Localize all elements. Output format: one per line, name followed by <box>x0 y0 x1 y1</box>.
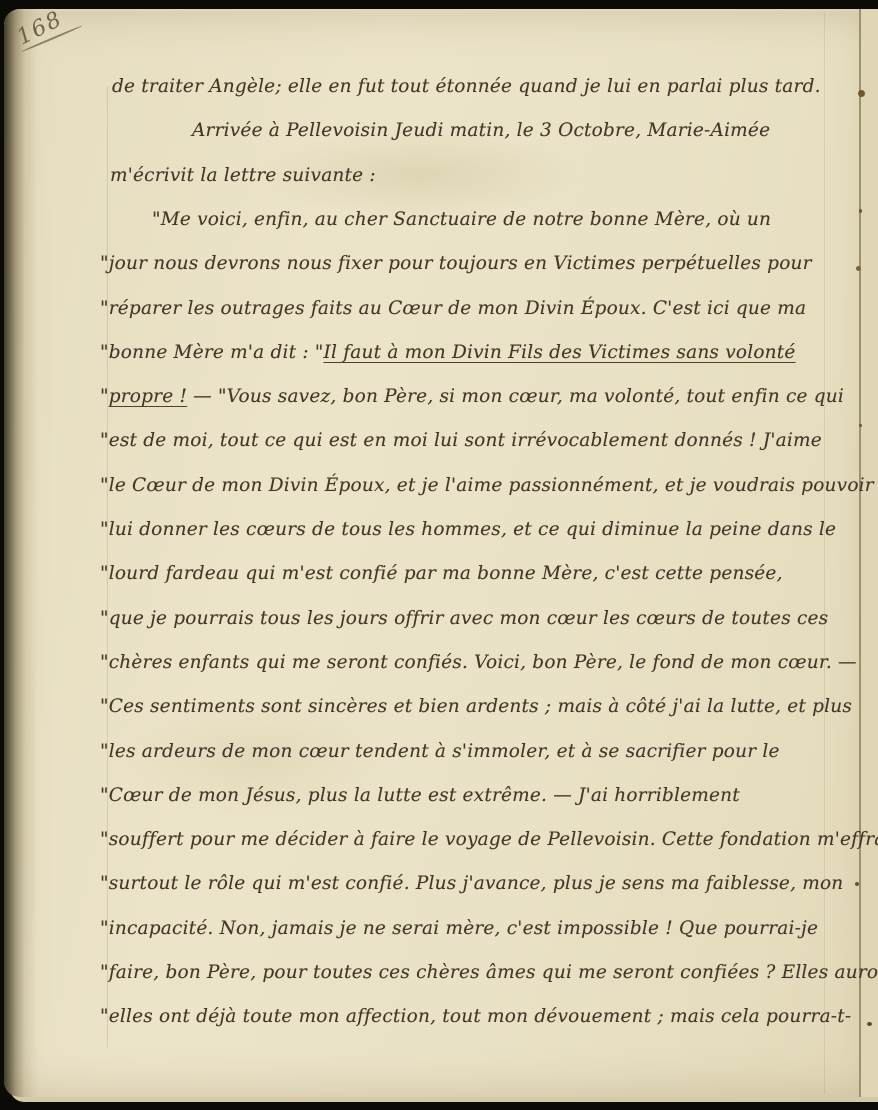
manuscript-text: "lui donner les cœurs de tous les hommes… <box>100 519 836 540</box>
manuscript-line: m'écrivit la lettre suivante : <box>110 163 376 189</box>
manuscript-text: "lourd fardeau qui m'est confié par ma b… <box>100 563 783 584</box>
manuscript-line: "les ardeurs de mon cœur tendent à s'imm… <box>100 739 780 765</box>
book-scan: 168 de traiter Angèle; elle en fut tout … <box>0 0 878 1110</box>
manuscript-line: "incapacité. Non, jamais je ne serai mèr… <box>100 916 818 942</box>
manuscript-text: Arrivée à Pellevoisin Jeudi matin, le 3 … <box>192 120 770 141</box>
ink-speck <box>858 90 865 97</box>
manuscript-text: "souffert pour me décider à faire le voy… <box>100 829 878 850</box>
manuscript-line: "chères enfants qui me seront confiés. V… <box>100 650 857 676</box>
manuscript-text: "réparer les outrages faits au Cœur de m… <box>100 298 806 319</box>
manuscript-line: de traiter Angèle; elle en fut tout éton… <box>112 74 821 100</box>
ink-speck <box>855 882 859 886</box>
ink-speck <box>856 266 861 271</box>
manuscript-line: "surtout le rôle qui m'est confié. Plus … <box>100 871 843 897</box>
manuscript-line: "elles ont déjà toute mon affection, tou… <box>100 1004 851 1030</box>
manuscript-line: "jour nous devrons nous fixer pour toujo… <box>100 251 812 277</box>
manuscript-lines: de traiter Angèle; elle en fut tout éton… <box>0 0 878 1110</box>
manuscript-line: "lui donner les cœurs de tous les hommes… <box>100 517 836 543</box>
manuscript-line: "est de moi, tout ce qui est en moi lui … <box>100 428 822 454</box>
ink-speck <box>867 1022 872 1026</box>
ink-speck <box>859 424 862 427</box>
manuscript-line: "Me voici, enfin, au cher Sanctuaire de … <box>152 207 771 233</box>
manuscript-line: "souffert pour me décider à faire le voy… <box>100 827 878 853</box>
manuscript-text: Il faut à mon Divin Fils des Victimes sa… <box>324 342 796 363</box>
manuscript-line: "lourd fardeau qui m'est confié par ma b… <box>100 561 783 587</box>
manuscript-text: "jour nous devrons nous fixer pour toujo… <box>100 253 812 274</box>
manuscript-text: m'écrivit la lettre suivante : <box>110 165 376 186</box>
manuscript-text: "que je pourrais tous les jours offrir a… <box>100 608 828 629</box>
manuscript-text: "les ardeurs de mon cœur tendent à s'imm… <box>100 741 780 762</box>
manuscript-text: — "Vous savez, bon Père, si mon cœur, ma… <box>187 386 844 407</box>
manuscript-text: " <box>100 386 109 407</box>
manuscript-text: propre ! <box>109 386 187 407</box>
manuscript-text: de traiter Angèle; elle en fut tout éton… <box>112 76 821 97</box>
manuscript-text: "Ces sentiments sont sincères et bien ar… <box>100 696 852 717</box>
manuscript-text: "incapacité. Non, jamais je ne serai mèr… <box>100 918 818 939</box>
manuscript-line: "propre ! — "Vous savez, bon Père, si mo… <box>100 384 844 410</box>
manuscript-text: "surtout le rôle qui m'est confié. Plus … <box>100 873 843 894</box>
manuscript-line: "réparer les outrages faits au Cœur de m… <box>100 296 806 322</box>
manuscript-text: "bonne Mère m'a dit : " <box>100 342 324 363</box>
manuscript-line: "faire, bon Père, pour toutes ces chères… <box>100 960 878 986</box>
manuscript-line: "Cœur de mon Jésus, plus la lutte est ex… <box>100 783 740 809</box>
manuscript-line: Arrivée à Pellevoisin Jeudi matin, le 3 … <box>192 118 770 144</box>
manuscript-text: "faire, bon Père, pour toutes ces chères… <box>100 962 878 983</box>
manuscript-text: "est de moi, tout ce qui est en moi lui … <box>100 430 822 451</box>
manuscript-text: "Cœur de mon Jésus, plus la lutte est ex… <box>100 785 740 806</box>
manuscript-text: "elles ont déjà toute mon affection, tou… <box>100 1006 851 1027</box>
manuscript-line: "que je pourrais tous les jours offrir a… <box>100 606 828 632</box>
manuscript-line: "bonne Mère m'a dit : "Il faut à mon Div… <box>100 340 796 366</box>
ink-speck <box>859 209 862 213</box>
manuscript-text: "chères enfants qui me seront confiés. V… <box>100 652 857 673</box>
manuscript-line: "Ces sentiments sont sincères et bien ar… <box>100 694 852 720</box>
manuscript-text: "Me voici, enfin, au cher Sanctuaire de … <box>152 209 771 230</box>
manuscript-text: "le Cœur de mon Divin Époux, et je l'aim… <box>100 475 874 496</box>
manuscript-line: "le Cœur de mon Divin Époux, et je l'aim… <box>100 473 874 499</box>
